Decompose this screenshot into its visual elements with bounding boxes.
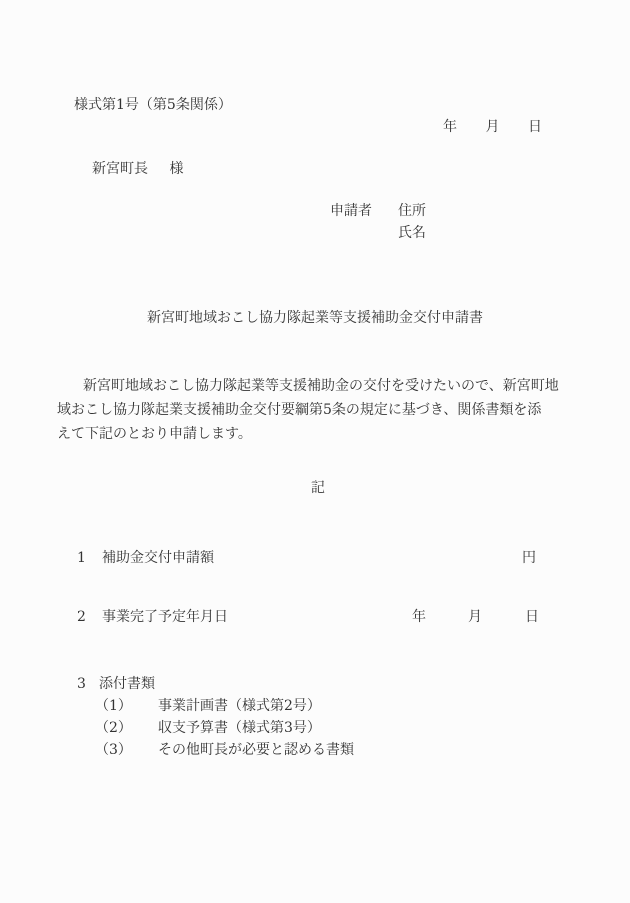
body-line: 新宮町地域おこし協力隊起業等支援補助金の交付を受けたいので、新宮町地 [57,374,561,398]
addressee-name: 新宮町長 [92,161,148,177]
applicant-label: 申請者 [330,204,372,218]
item-1-unit-yen: 円 [522,551,536,565]
item-3-label: 添付書類 [99,677,155,691]
attachment-row-1: （1） 事業計画書（様式第2号） [0,699,630,715]
attachment-1-number: （1） [95,699,132,713]
document-title: 新宮町地域おこし協力隊起業等支援補助金交付申請書 [0,311,630,325]
attachment-2-label: 収支予算書（様式第3号） [158,721,321,735]
form-number: 様式第1号（第5条関係） [74,98,232,112]
attachment-3-label: その他町長が必要と認める書類 [158,743,354,757]
body-line: 域おこし協力隊起業支援補助金交付要綱第5条の規定に基づき、関係書類を添 [57,398,561,422]
item-amount-row: 1 補助金交付申請額 円 [0,551,630,567]
item-completion-date-row: 2 事業完了予定年月日 年 月 日 [0,610,630,626]
applicant-address-label: 住所 [398,204,426,218]
item-1-number: 1 [77,551,86,565]
attachment-1-label: 事業計画書（様式第2号） [158,699,321,713]
attachment-row-3: （3） その他町長が必要と認める書類 [0,743,630,759]
date-day-label: 日 [528,120,542,134]
addressee-line: 新宮町長 様 [92,162,183,176]
date-year-label: 年 [443,120,457,134]
date-line: 年 月 日 [443,120,542,134]
item-attachments-row: 3 添付書類 [0,677,630,693]
item-2-year-label: 年 [412,610,426,624]
item-3-number: 3 [77,677,86,691]
applicant-name-label: 氏名 [398,226,426,240]
addressee-honorific: 様 [169,161,183,177]
item-2-day-label: 日 [525,610,539,624]
item-1-label: 補助金交付申請額 [102,551,214,565]
attachment-2-number: （2） [95,721,132,735]
item-2-label: 事業完了予定年月日 [102,610,228,624]
date-month-label: 月 [486,120,500,134]
item-2-month-label: 月 [468,610,482,624]
item-2-number: 2 [77,610,86,624]
body-line: えて下記のとおり申請します。 [57,422,561,446]
section-marker: 記 [0,481,630,495]
attachment-3-number: （3） [95,743,132,757]
document-page: 様式第1号（第5条関係） 年 月 日 新宮町長 様 申請者 住所 氏名 新宮町地… [0,0,630,903]
attachment-row-2: （2） 収支予算書（様式第3号） [0,721,630,737]
body-paragraph: 新宮町地域おこし協力隊起業等支援補助金の交付を受けたいので、新宮町地 域おこし協… [57,374,561,446]
